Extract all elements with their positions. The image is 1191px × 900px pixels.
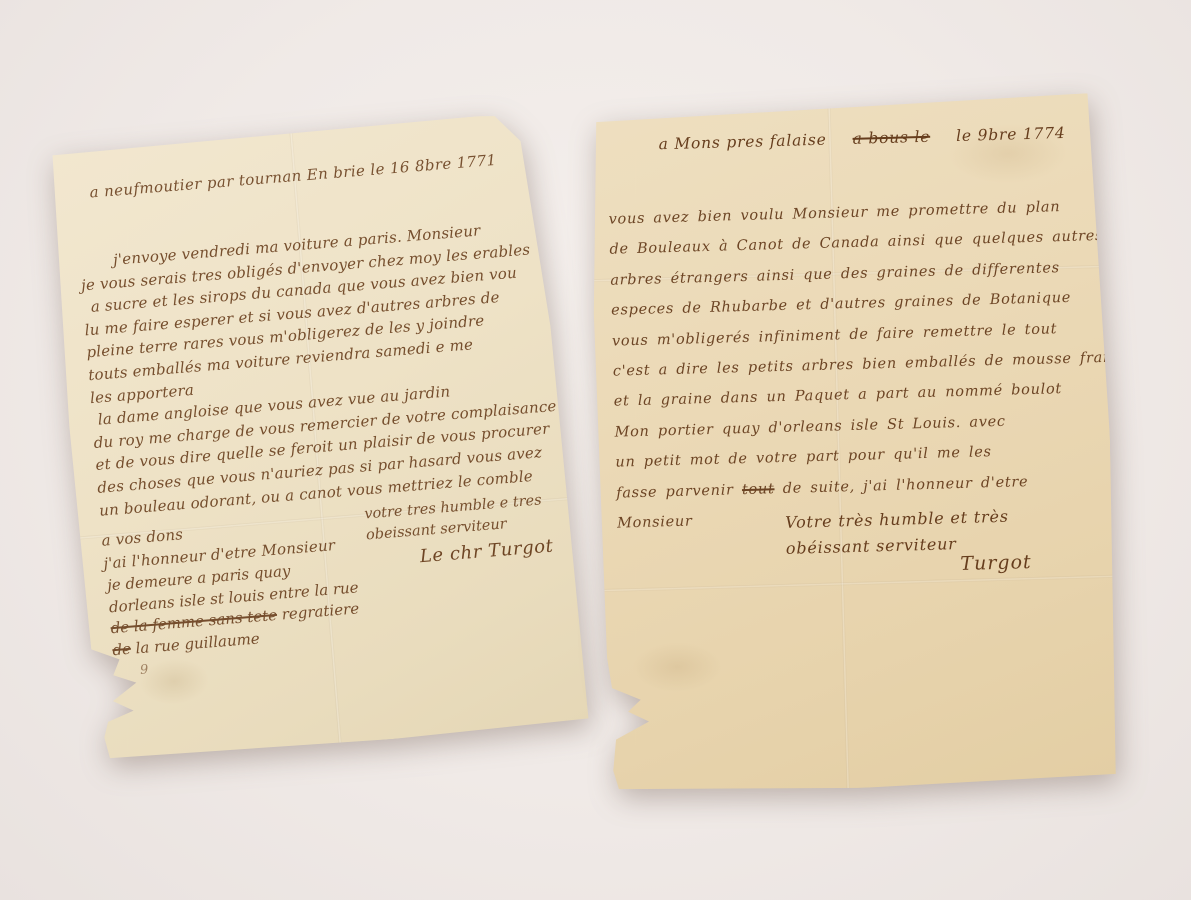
signature-turgot: Turgot [960, 551, 1032, 575]
paper-stain [631, 640, 722, 692]
letter-1771-wrapper: a neufmoutier par tournan En brie le 16 … [70, 130, 567, 744]
body-text: de suite, j'ai l'honneur d'etre [774, 474, 1028, 497]
place-text: a Mons pres falaise [658, 131, 827, 154]
date-text: le 9bre 1774 [956, 124, 1066, 145]
struck-text: a bous le [852, 128, 930, 148]
photograph-of-letters: a neufmoutier par tournan En brie le 16 … [0, 0, 1191, 900]
dateline-1771: a neufmoutier par tournan En brie le 16 … [89, 151, 497, 202]
letter-1774: a Mons pres falaise a bous le le 9bre 17… [585, 93, 1119, 795]
struck-text: tout [742, 481, 775, 498]
letter-1774-body: vous avez bien voulu Monsieur me promett… [608, 191, 1106, 539]
letter-1774-wrapper: a Mons pres falaise a bous le le 9bre 17… [595, 100, 1110, 788]
pen-flourish-mark: 9 [140, 662, 149, 678]
letter-1771: a neufmoutier par tournan En brie le 16 … [46, 111, 591, 763]
postscript-text: regratiere [281, 599, 360, 623]
body-text: fasse parvenir [616, 482, 742, 502]
dateline-1774: a Mons pres falaise a bous le le 9bre 17… [658, 124, 1065, 153]
fold-crease-horizontal [599, 574, 1114, 591]
paper-stain [137, 655, 210, 706]
struck-text: de [112, 639, 132, 658]
